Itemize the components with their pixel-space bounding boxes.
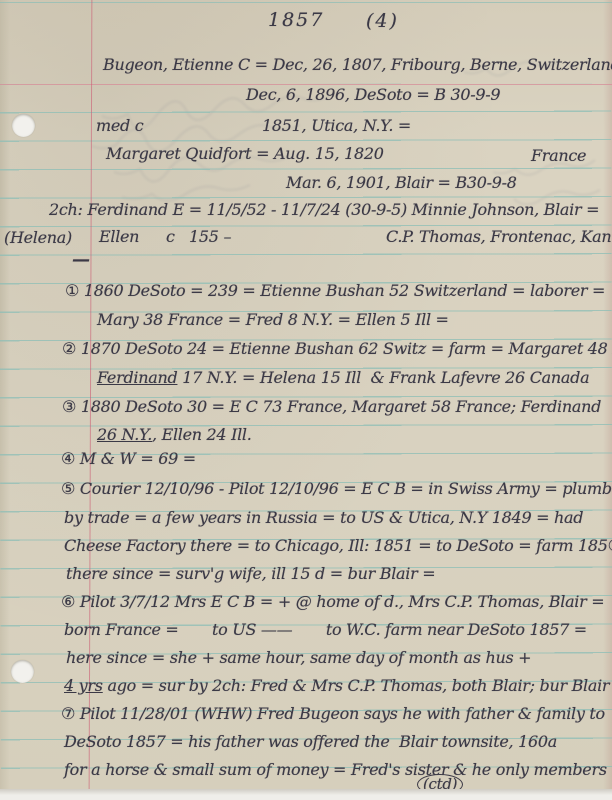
handwriting-line: ④ M & W = 69 = [61, 449, 196, 469]
line-text: 17 N.Y. = Helena 15 Ill & Frank Lafevre … [177, 368, 589, 387]
page-heading-year: 1857 [268, 10, 324, 30]
handwriting-line: C.P. Thomas, Frontenac, Kan [386, 227, 611, 247]
handwriting-line: by trade = a few years in Russia = to US… [64, 508, 583, 528]
handwriting-line: (Helena) [4, 228, 72, 248]
page-heading-number: (4) [366, 11, 399, 31]
handwriting-line: ② 1870 DeSoto 24 = Etienne Bushan 62 Swi… [62, 339, 612, 359]
handwriting-line: Ellen [99, 227, 139, 247]
underlined-text: 26 N.Y. [97, 425, 152, 444]
handwriting-line: med c [96, 116, 143, 136]
underlined-text: Ferdinand [97, 368, 177, 387]
handwriting-line: for a horse & small sum of money = Fred'… [64, 760, 607, 780]
handwriting-line: ① 1860 DeSoto = 239 = Etienne Bushan 52 … [65, 281, 605, 301]
hole-punch-bottom [11, 660, 34, 683]
underlined-text: 4 yrs [64, 676, 103, 695]
handwriting-line: Margaret Quidfort = Aug. 15, 1820 [106, 144, 384, 164]
handwriting-line: there since = surv'g wife, ill 15 d = bu… [66, 564, 435, 584]
handwriting-line: ③ 1880 DeSoto 30 = E C 73 France, Margar… [62, 397, 601, 417]
handwriting-line: Bugeon, Etienne C = Dec, 26, 1807, Fribo… [103, 55, 612, 75]
handwriting-line: ⑤ Courier 12/10/96 - Pilot 12/10/96 = E … [61, 479, 612, 499]
handwriting-line: 4 yrs ago = sur by 2ch: Fred & Mrs C.P. … [64, 676, 609, 696]
page-bottom-edge [0, 789, 612, 800]
hole-punch-top [12, 114, 35, 137]
handwriting-line: Ferdinand 17 N.Y. = Helena 15 Ill & Fran… [97, 368, 589, 388]
separator-dash: — [72, 250, 90, 270]
line-text: , Ellen 24 Ill. [152, 425, 252, 444]
handwriting-line: Mar. 6, 1901, Blair = B30-9-8 [286, 173, 517, 193]
scanned-genealogy-note-page: { "doc": { "heading": { "year": "1857", … [0, 0, 612, 800]
handwriting-line: here since = she + same hour, same day o… [66, 648, 531, 668]
handwriting-line: France [531, 146, 586, 166]
handwriting-line: Cheese Factory there = to Chicago, Ill: … [64, 536, 612, 556]
handwriting-line: 2ch: Ferdinand E = 11/5/52 - 11/7/24 (30… [49, 200, 599, 220]
line-text: ago = sur by 2ch: Fred & Mrs C.P. Thomas… [103, 676, 610, 695]
handwriting-line: DeSoto 1857 = his father was offered the… [64, 732, 557, 752]
handwriting-line: ⑦ Pilot 11/28/01 (WHW) Fred Bugeon says … [61, 704, 605, 724]
handwriting-line: c 155 – [166, 227, 231, 247]
handwriting-line: 26 N.Y., Ellen 24 Ill. [97, 425, 252, 445]
handwriting-line: Mary 38 France = Fred 8 N.Y. = Ellen 5 I… [97, 310, 449, 330]
handwriting-line: 1851, Utica, N.Y. = [262, 116, 411, 136]
handwriting-line: ⑥ Pilot 3/7/12 Mrs E C B = + @ home of d… [61, 592, 604, 612]
handwriting-line: Dec, 6, 1896, DeSoto = B 30-9-9 [246, 85, 500, 105]
handwriting-line: born France = to US —— to W.C. farm near… [64, 620, 587, 640]
